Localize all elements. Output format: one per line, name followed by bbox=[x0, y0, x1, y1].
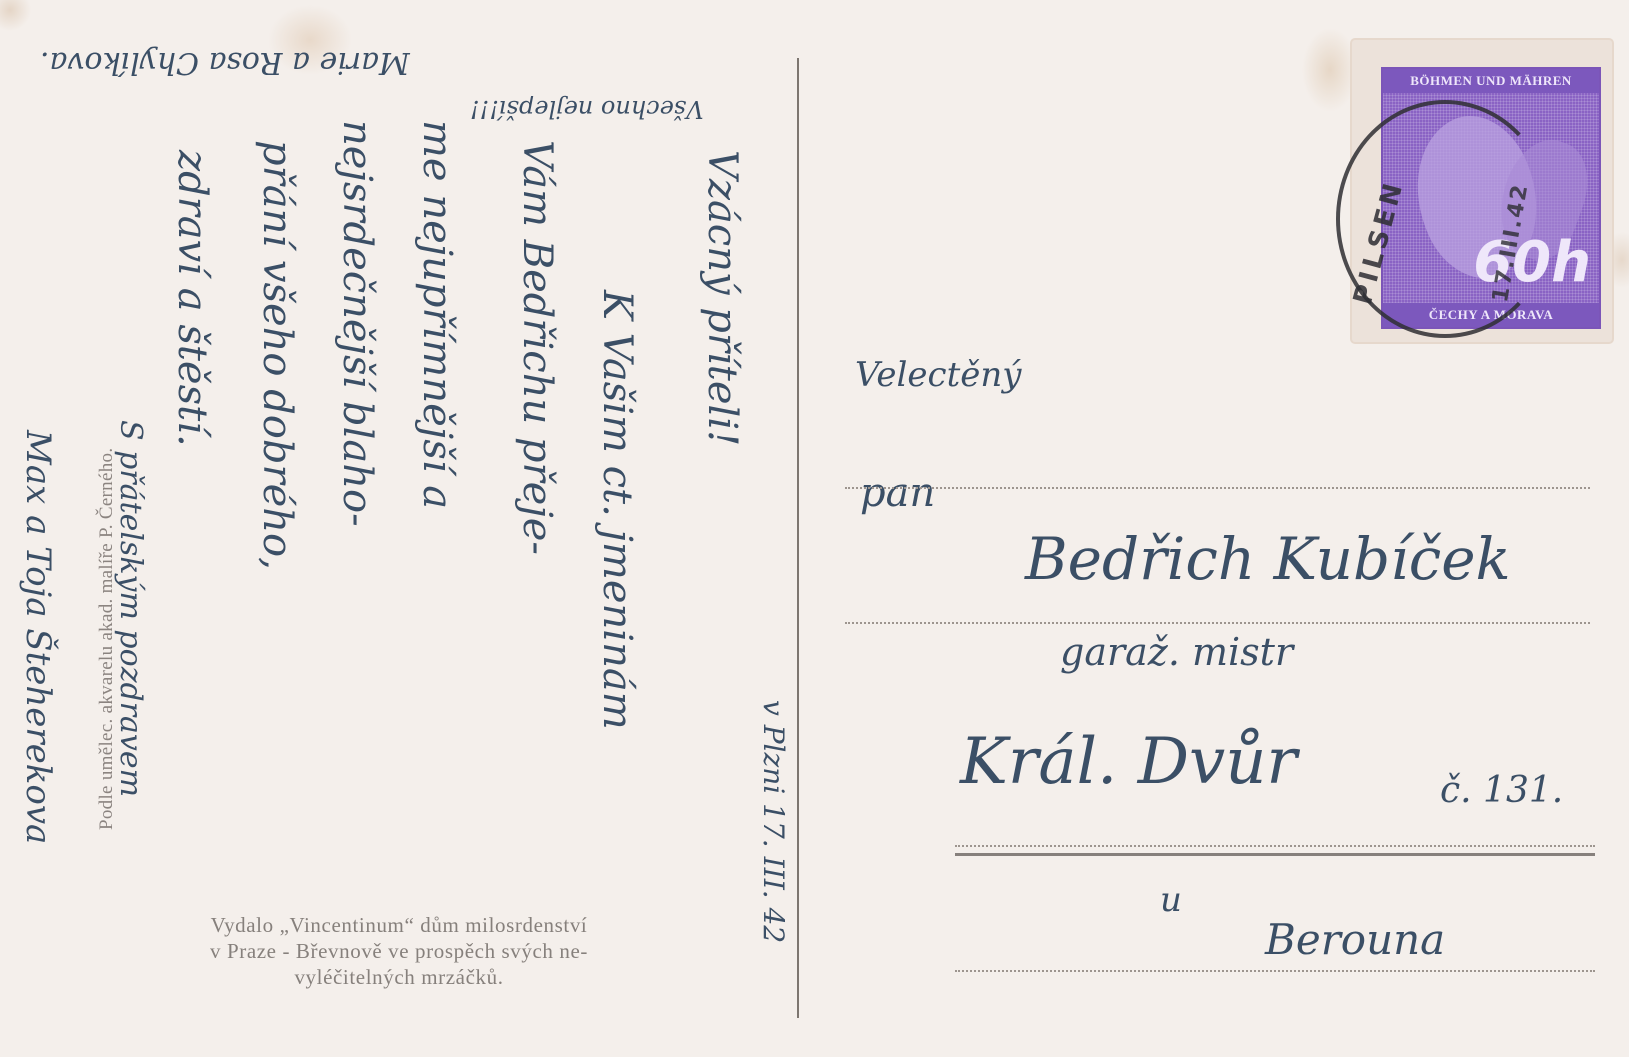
center-divider-line bbox=[797, 58, 799, 1018]
recipient-region: Berouna bbox=[1265, 915, 1445, 964]
message-line: Vám Bedřichu přeje- bbox=[514, 140, 560, 555]
closing-line: Max a Toja Šteherekova bbox=[18, 430, 58, 844]
address-salutation: Velectěný bbox=[855, 355, 1021, 395]
publisher-line: vyléčitelných mrzáčků. bbox=[74, 964, 724, 990]
closing-line-upside: Marie a Rosa Chylíkova. bbox=[40, 45, 410, 80]
message-line: Vzácný příteli! bbox=[699, 150, 745, 446]
address-line-3 bbox=[955, 845, 1595, 847]
recipient-name: Bedřich Kubíček bbox=[1025, 525, 1511, 593]
message-place-date: v Plzni 17. III. 42 bbox=[757, 700, 790, 943]
recipient-occupation: garaž. mistr bbox=[1060, 630, 1293, 674]
address-underline bbox=[955, 853, 1595, 856]
postcard: Podle umělec. akvarelu akad. malíře P. Č… bbox=[0, 0, 1629, 1057]
message-line: K Vašim ct. jmeninám bbox=[594, 290, 640, 730]
publisher-imprint: Vydalo „Vincentinum“ dům milosrdenství v… bbox=[74, 912, 724, 990]
publisher-line: v Praze - Břevnově ve prospěch svých ne- bbox=[74, 938, 724, 964]
message-line: me nejupřímnější a bbox=[414, 120, 460, 509]
address-line-4 bbox=[955, 970, 1595, 972]
address-title: pan bbox=[860, 470, 935, 516]
stamp-top-text: BÖHMEN UND MÄHREN bbox=[1383, 69, 1599, 93]
message-line: nejsrdečnější blaho- bbox=[334, 120, 380, 527]
recipient-house-number: č. 131. bbox=[1440, 770, 1563, 811]
closing-line: S přátelským pozdravem bbox=[113, 420, 148, 797]
recipient-town: Král. Dvůr bbox=[960, 725, 1297, 799]
address-line-2 bbox=[845, 622, 1590, 624]
recipient-preposition: u bbox=[1160, 880, 1182, 920]
message-line: přání všeho dobrého, bbox=[254, 140, 300, 570]
publisher-line: Vydalo „Vincentinum“ dům milosrdenství bbox=[74, 912, 724, 938]
message-line: zdraví a štěstí. bbox=[169, 150, 215, 447]
closing-line-upside: Všechno nejlepší!!! bbox=[470, 95, 704, 123]
address-line-1 bbox=[845, 487, 1590, 489]
